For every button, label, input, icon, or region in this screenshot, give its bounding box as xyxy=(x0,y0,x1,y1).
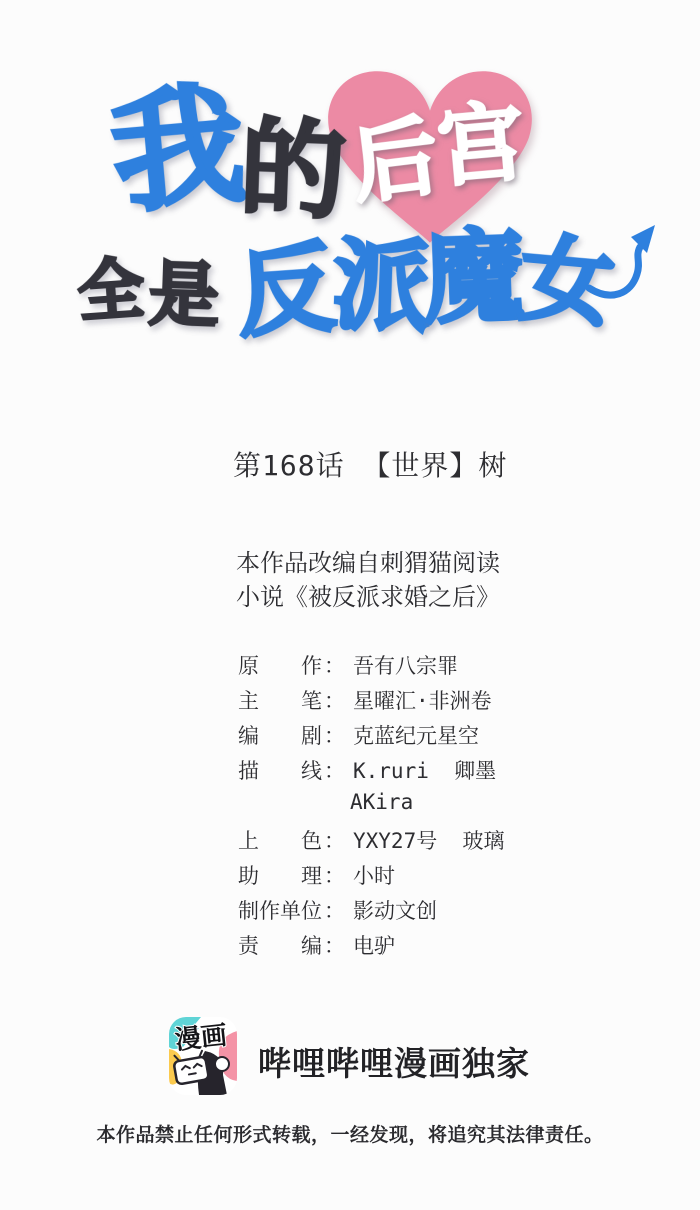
credit-person-name: 影动文创 xyxy=(353,895,437,925)
credit-colon: ： xyxy=(324,650,345,680)
title-char-wo: 我 xyxy=(106,78,249,221)
credit-colon: ： xyxy=(324,685,345,715)
adaptation-line2: 小说《被反派求婚之后》 xyxy=(236,580,500,614)
title-char-quan: 全 xyxy=(76,256,146,326)
credit-colon: ： xyxy=(324,825,345,855)
credit-role-label: 制作单位 xyxy=(238,895,322,925)
title-char-pai: 派 xyxy=(331,236,432,337)
credit-colon: ： xyxy=(324,755,345,785)
title-logo: 我 的 后 宫 全 是 反 派 魔 女 xyxy=(0,0,700,380)
credit-role-label: 责编 xyxy=(238,930,322,960)
credit-row-continuation: AKira xyxy=(238,790,505,825)
credit-row: 描线：K.ruri 卿墨 xyxy=(238,755,505,790)
credit-person-name: 星曜汇·非洲卷 xyxy=(353,685,492,715)
title-char-mo: 魔 xyxy=(422,226,525,329)
credit-row: 制作单位：影动文创 xyxy=(238,895,505,930)
credit-person-name: 小时 xyxy=(353,860,395,890)
chapter-title: 第168话 【世界】树 xyxy=(233,444,507,484)
icon-manga-label: 漫画 xyxy=(174,1021,229,1056)
credit-role-label: 助理 xyxy=(238,860,322,890)
credit-row: 上色：YXY27号 玻璃 xyxy=(238,825,505,860)
credit-person-name: 吾有八宗罪 xyxy=(353,650,458,680)
bilibili-manga-logo-icon: 漫画 xyxy=(169,1017,237,1095)
credit-row: 主笔：星曜汇·非洲卷 xyxy=(238,685,505,720)
manga-credits-page[interactable]: 我 的 后 宫 全 是 反 派 魔 女 第168话 【世界】树 本作品改编自刺猬… xyxy=(0,0,700,1210)
credit-row: 编剧：克蓝纪元星空 xyxy=(238,720,505,755)
credit-role-label: 描线 xyxy=(238,755,322,785)
credit-person-name: YXY27号 玻璃 xyxy=(353,825,505,855)
title-char-shi: 是 xyxy=(148,259,220,331)
exclusive-label: 哔哩哔哩漫画独家 xyxy=(258,1038,530,1085)
devil-tail-icon xyxy=(585,222,661,306)
credit-person-name: 克蓝纪元星空 xyxy=(353,720,479,750)
credit-person-name: K.ruri 卿墨 xyxy=(353,755,496,785)
title-char-gong: 宫 xyxy=(434,98,527,191)
credit-row: 原作：吾有八宗罪 xyxy=(238,650,505,685)
copyright-notice: 本作品禁止任何形式转载，一经发现，将追究其法律责任。 xyxy=(0,1120,700,1147)
title-char-hou: 后 xyxy=(347,113,443,209)
credit-role-label: 原作 xyxy=(238,650,322,680)
credit-role-label: 主笔 xyxy=(238,685,322,715)
credit-role-label: 上色 xyxy=(238,825,322,855)
adaptation-note: 本作品改编自刺猬猫阅读 小说《被反派求婚之后》 xyxy=(236,546,500,614)
credit-role-label: 编剧 xyxy=(238,720,322,750)
adaptation-line1: 本作品改编自刺猬猫阅读 xyxy=(236,546,500,580)
credit-person-name: AKira xyxy=(350,790,413,814)
credit-colon: ： xyxy=(324,895,345,925)
publisher-row: 漫画 哔哩哔哩漫画独家 xyxy=(0,1010,700,1105)
title-char-de: 的 xyxy=(238,116,348,226)
credit-colon: ： xyxy=(324,720,345,750)
credits-list: 原作：吾有八宗罪主笔：星曜汇·非洲卷编剧：克蓝纪元星空描线：K.ruri 卿墨A… xyxy=(238,650,505,965)
credit-colon: ： xyxy=(324,930,345,960)
title-char-fan: 反 xyxy=(234,239,339,344)
credit-row: 助理：小时 xyxy=(238,860,505,895)
credit-colon: ： xyxy=(324,860,345,890)
credit-row: 责编：电驴 xyxy=(238,930,505,965)
credit-person-name: 电驴 xyxy=(353,930,395,960)
